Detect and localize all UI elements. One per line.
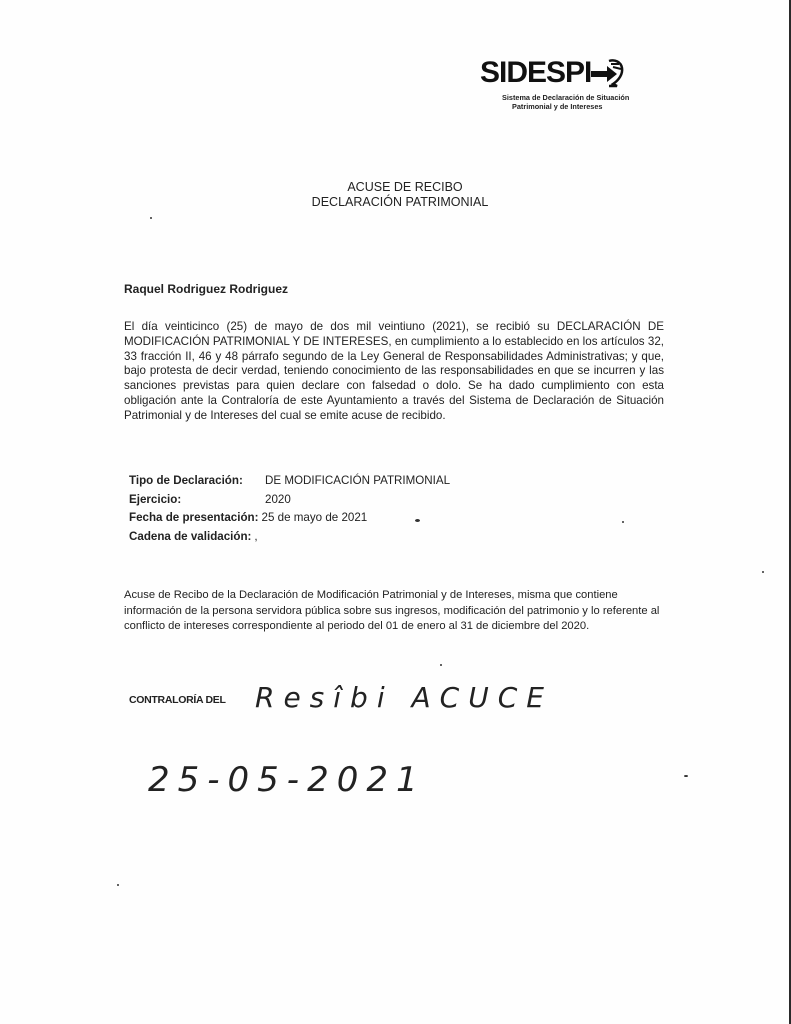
field-ejercicio: Ejercicio: 2020: [129, 491, 450, 510]
title-line2: DECLARACIÓN PATRIMONIAL: [312, 195, 489, 209]
handwritten-note: Resîbi ACUCE: [255, 681, 553, 714]
field-label: Tipo de Declaración:: [129, 472, 265, 491]
field-value: ,: [254, 528, 257, 547]
logo-subtitle-line1: Sistema de Declaración de Situación: [502, 93, 629, 102]
document-title: ACUSE DE RECIBO DECLARACIÓN PATRIMONIAL: [300, 180, 500, 210]
scanned-document-page: SIDESPI Sistema de Declaración de Situac…: [0, 0, 791, 1024]
signature-label: CONTRALORÍA DEL: [129, 694, 226, 706]
field-fecha: Fecha de presentación: 25 de mayo de 202…: [129, 509, 450, 528]
recipient-name: Raquel Rodriguez Rodriguez: [124, 282, 288, 296]
field-label: Fecha de presentación:: [129, 509, 259, 528]
field-cadena: Cadena de validación: ,: [129, 528, 450, 547]
title-line1: ACUSE DE RECIBO: [300, 180, 500, 195]
field-value: DE MODIFICACIÓN PATRIMONIAL: [265, 472, 450, 491]
field-value: 25 de mayo de 2021: [262, 509, 368, 528]
scan-speck: [762, 571, 764, 573]
scan-speck: [415, 519, 420, 522]
field-label: Ejercicio:: [129, 491, 265, 510]
sidespi-logo: SIDESPI Sistema de Declaración de Situac…: [480, 56, 640, 116]
closing-paragraph: Acuse de Recibo de la Declaración de Mod…: [124, 588, 664, 635]
logo-subtitle: Sistema de Declaración de Situación Patr…: [502, 93, 642, 111]
scan-speck: [117, 884, 119, 886]
scan-speck: [440, 664, 442, 666]
field-tipo: Tipo de Declaración: DE MODIFICACIÓN PAT…: [129, 472, 450, 491]
scan-speck: [684, 775, 688, 777]
handwritten-date: 25-05-2021: [148, 760, 426, 800]
logo-wordmark: SIDESPI: [480, 56, 591, 90]
scan-speck: [622, 521, 624, 523]
scan-speck: [150, 217, 152, 219]
field-value: 2020: [265, 491, 291, 510]
body-paragraph: El día veinticinco (25) de mayo de dos m…: [124, 320, 664, 424]
declaration-fields: Tipo de Declaración: DE MODIFICACIÓN PAT…: [129, 472, 450, 546]
arrow-hand-icon: [589, 58, 625, 88]
field-label: Cadena de validación:: [129, 528, 251, 547]
logo-subtitle-line2: Patrimonial y de Intereses: [502, 102, 642, 111]
